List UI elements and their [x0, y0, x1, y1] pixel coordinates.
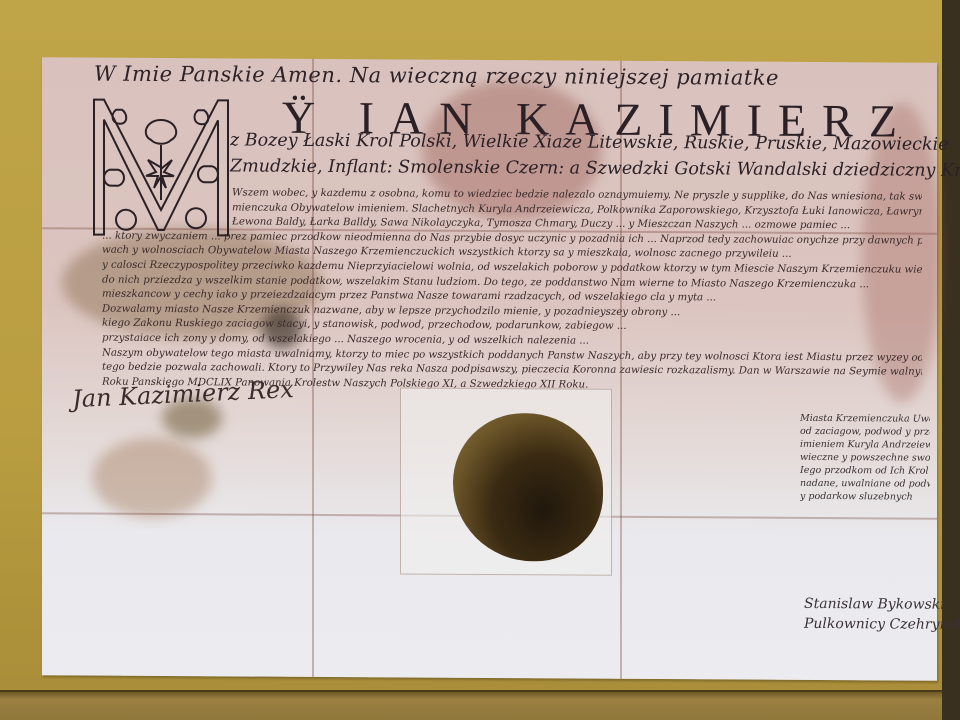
- countersign-line: Stanislaw Bykowski: [804, 594, 960, 615]
- note-line: Iego przodkom od Ich Krol Mosci: [800, 464, 930, 478]
- invocation-line: W Imie Panskie Amen. Na wieczną rzeczy n…: [94, 62, 779, 90]
- countersign-line: Pulkownicy Czehrynski: [804, 614, 960, 635]
- royal-titles-line-1: z Bozey Łaski Krol Polski, Wielkie Xiaze…: [230, 130, 949, 154]
- royal-titles-line-2: Zmudzkie, Inflant: Smolenskie Czern: a S…: [230, 156, 960, 181]
- note-line: nadane, uwalniane od podwod, podatkow: [800, 477, 930, 491]
- margin-note: Miasta Krzemienczuka Uwolnienie od zacia…: [800, 412, 930, 504]
- parchment-document: W Imie Panskie Amen. Na wieczną rzeczy n…: [42, 57, 937, 680]
- charter-body: Wszem wobec, y kazdemu z osobna, komu to…: [102, 186, 922, 395]
- countersignature: Stanislaw Bykowski Pulkownicy Czehrynski: [804, 594, 960, 635]
- table-edge: [0, 690, 960, 720]
- wax-seal-icon: [453, 413, 603, 562]
- seal-paper-cover: [400, 387, 612, 575]
- note-line: imieniem Kuryla Andrzeiewicza ...: [800, 438, 930, 452]
- note-line: Miasta Krzemienczuka Uwolnienie: [800, 412, 930, 426]
- note-line: wieczne y powszechne swobody, ...: [800, 451, 930, 465]
- water-stain: [92, 438, 212, 519]
- note-line: y podarkow sluzebnych: [800, 490, 930, 504]
- note-line: od zaciagow, podwod y przechodow: [800, 425, 930, 439]
